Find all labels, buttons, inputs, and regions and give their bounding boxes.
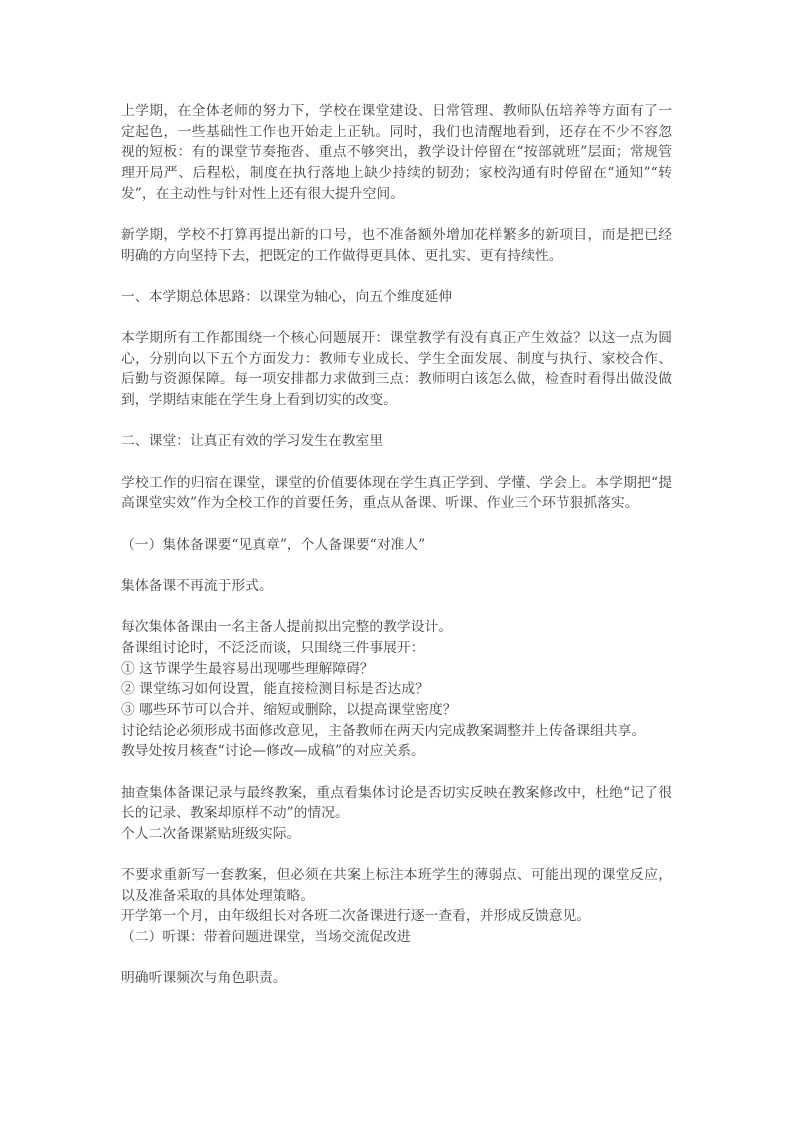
subheading-collective-lesson-prep: （一）集体备课要“见真章”，个人备课要“对准人” [121, 535, 672, 556]
subheading-lesson-observation: （二）听课：带着问题进课堂，当场交流促改进 [121, 927, 672, 948]
paragraph-no-formalism: 集体备课不再流于形式。 [121, 576, 672, 597]
paragraph-spot-check-records: 抽查集体备课记录与最终教案，重点看集体讨论是否切实反映在教案修改中，杜绝“记了很… [121, 783, 672, 824]
numbered-item-1: ① 这节课学生最容易出现哪些理解障碍？ [121, 659, 672, 680]
paragraph-first-month-review: 开学第一个月，由年级组长对各班二次备课进行逐一查看，并形成反馈意见。 [121, 906, 672, 927]
paragraph-core-question: 本学期所有工作都围绕一个核心问题展开：课堂教学有没有真正产生效益？以这一点为圆心… [121, 328, 672, 411]
paragraph-new-semester-intent: 新学期，学校不打算再提出新的口号，也不准备额外增加花样繁多的新项目，而是把已经明… [121, 225, 672, 266]
paragraph-annotate-shared-plan: 不要求重新写一套教案，但必须在共案上标注本班学生的薄弱点、可能出现的课堂反应，以… [121, 865, 672, 906]
heading-section-2-classroom: 二、课堂：让真正有效的学习发生在教室里 [121, 431, 672, 452]
paragraph-personal-second-prep: 个人二次备课紧贴班级实际。 [121, 824, 672, 845]
numbered-item-2: ② 课堂练习如何设置，能直接检测目标是否达成？ [121, 679, 672, 700]
paragraph-written-revisions: 讨论结论必须形成书面修改意见，主备教师在两天内完成教案调整并上传备课组共享。 [121, 721, 672, 742]
heading-section-1-overall-plan: 一、本学期总体思路：以课堂为轴心，向五个维度延伸 [121, 287, 672, 308]
document-page: 上学期，在全体老师的努力下，学校在课堂建设、日常管理、教师队伍培养等方面有了一定… [0, 0, 793, 1122]
paragraph-last-semester-review: 上学期，在全体老师的努力下，学校在课堂建设、日常管理、教师队伍培养等方面有了一定… [121, 101, 672, 204]
paragraph-observation-roles: 明确听课频次与角色职责。 [121, 968, 672, 989]
paragraph-classroom-value: 学校工作的归宿在课堂，课堂的价值要体现在学生真正学到、学懂、学会上。本学期把“提… [121, 473, 672, 514]
numbered-item-3: ③ 哪些环节可以合并、缩短或删除，以提高课堂密度？ [121, 700, 672, 721]
document-body: 上学期，在全体老师的努力下，学校在课堂建设、日常管理、教师队伍培养等方面有了一定… [121, 101, 672, 989]
paragraph-lead-preparer: 每次集体备课由一名主备人提前拟出完整的教学设计。 [121, 617, 672, 638]
paragraph-discussion-focus: 备课组讨论时，不泛泛而谈，只围绕三件事展开： [121, 638, 672, 659]
paragraph-monthly-check: 教导处按月核查“讨论—修改—成稿”的对应关系。 [121, 741, 672, 762]
